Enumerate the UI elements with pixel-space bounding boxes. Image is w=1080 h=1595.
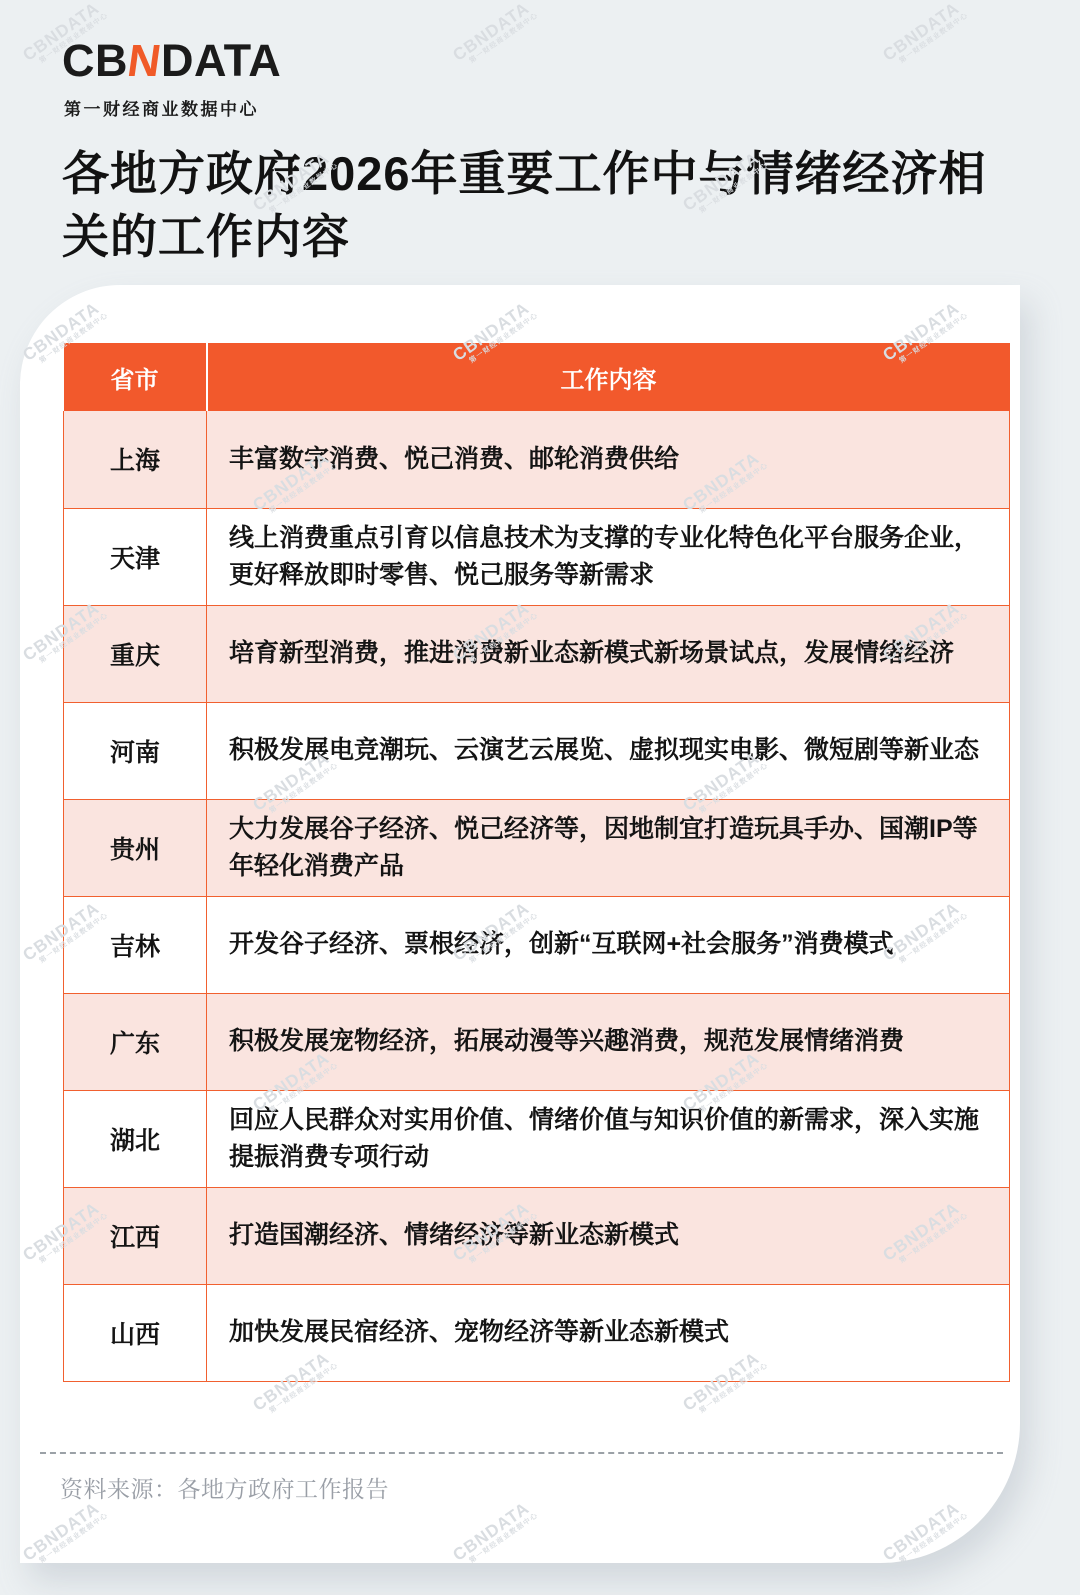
col-header-content: 工作内容: [207, 343, 1010, 411]
province-cell: 天津: [64, 508, 207, 605]
dashed-divider: [40, 1452, 1003, 1454]
province-cell: 上海: [64, 411, 207, 508]
work-content-cell: 回应人民群众对实用价值、情绪价值与知识价值的新需求，深入实施提振消费专项行动: [207, 1090, 1010, 1187]
province-cell: 河南: [64, 702, 207, 799]
logo-suffix: DATA: [161, 35, 281, 86]
table-row: 湖北回应人民群众对实用价值、情绪价值与知识价值的新需求，深入实施提振消费专项行动: [64, 1090, 1010, 1187]
col-header-province: 省市: [64, 343, 207, 411]
table-row: 河南积极发展电竞潮玩、云演艺云展览、虚拟现实电影、微短剧等新业态: [64, 702, 1010, 799]
watermark-text: CBNDATA: [450, 0, 536, 65]
work-content-cell: 打造国潮经济、情绪经济等新业态新模式: [207, 1187, 1010, 1284]
table-row: 山西加快发展民宿经济、宠物经济等新业态新模式: [64, 1284, 1010, 1381]
table-row: 上海丰富数字消费、悦己消费、邮轮消费供给: [64, 411, 1010, 508]
province-cell: 江西: [64, 1187, 207, 1284]
work-content-cell: 丰富数字消费、悦己消费、邮轮消费供给: [207, 411, 1010, 508]
brand-watermark: CBNDATA第一财经商业数据中心: [450, 0, 540, 71]
table-row: 广东积极发展宠物经济，拓展动漫等兴趣消费，规范发展情绪消费: [64, 993, 1010, 1090]
logo-prefix: CB: [62, 35, 128, 86]
province-cell: 湖北: [64, 1090, 207, 1187]
logo-subtitle: 第一财经商业数据中心: [64, 95, 259, 120]
infographic-page: CBNDATA第一财经商业数据中心CBNDATA第一财经商业数据中心CBNDAT…: [0, 0, 1080, 1595]
data-table: 省市 工作内容 上海丰富数字消费、悦己消费、邮轮消费供给天津线上消费重点引育以信…: [63, 343, 1010, 1382]
province-cell: 山西: [64, 1284, 207, 1381]
cbndata-logo: CBNDATA: [62, 38, 281, 83]
logo-n: N: [125, 38, 164, 83]
province-cell: 重庆: [64, 605, 207, 702]
table-row: 重庆培育新型消费，推进消费新业态新模式新场景试点，发展情绪经济: [64, 605, 1010, 702]
work-content-cell: 培育新型消费，推进消费新业态新模式新场景试点，发展情绪经济: [207, 605, 1010, 702]
table-body: 上海丰富数字消费、悦己消费、邮轮消费供给天津线上消费重点引育以信息技术为支撑的专…: [64, 411, 1010, 1381]
watermark-text: CBNDATA: [880, 0, 966, 65]
province-cell: 吉林: [64, 896, 207, 993]
brand-watermark: CBNDATA第一财经商业数据中心: [880, 0, 970, 71]
work-content-cell: 大力发展谷子经济、悦己经济等，因地制宜打造玩具手办、国潮IP等年轻化消费产品: [207, 799, 1010, 896]
table-row: 贵州大力发展谷子经济、悦己经济等，因地制宜打造玩具手办、国潮IP等年轻化消费产品: [64, 799, 1010, 896]
work-content-cell: 开发谷子经济、票根经济，创新“互联网+社会服务”消费模式: [207, 896, 1010, 993]
province-cell: 贵州: [64, 799, 207, 896]
work-content-cell: 积极发展电竞潮玩、云演艺云展览、虚拟现实电影、微短剧等新业态: [207, 702, 1010, 799]
work-content-cell: 积极发展宠物经济，拓展动漫等兴趣消费，规范发展情绪消费: [207, 993, 1010, 1090]
work-content-cell: 加快发展民宿经济、宠物经济等新业态新模式: [207, 1284, 1010, 1381]
work-content-cell: 线上消费重点引育以信息技术为支撑的专业化特色化平台服务企业，更好释放即时零售、悦…: [207, 508, 1010, 605]
table-header: 省市 工作内容: [64, 343, 1010, 411]
province-cell: 广东: [64, 993, 207, 1090]
watermark-subtext: 第一财经商业数据中心: [460, 12, 540, 71]
content-card: 省市 工作内容 上海丰富数字消费、悦己消费、邮轮消费供给天津线上消费重点引育以信…: [20, 285, 1020, 1563]
source-note: 资料来源：各地方政府工作报告: [60, 1471, 389, 1504]
table-row: 江西打造国潮经济、情绪经济等新业态新模式: [64, 1187, 1010, 1284]
header-row: 省市 工作内容: [64, 343, 1010, 411]
watermark-subtext: 第一财经商业数据中心: [890, 12, 970, 71]
page-title: 各地方政府2026年重要工作中与情绪经济相关的工作内容: [62, 142, 1012, 268]
table-row: 吉林开发谷子经济、票根经济，创新“互联网+社会服务”消费模式: [64, 896, 1010, 993]
table-row: 天津线上消费重点引育以信息技术为支撑的专业化特色化平台服务企业，更好释放即时零售…: [64, 508, 1010, 605]
